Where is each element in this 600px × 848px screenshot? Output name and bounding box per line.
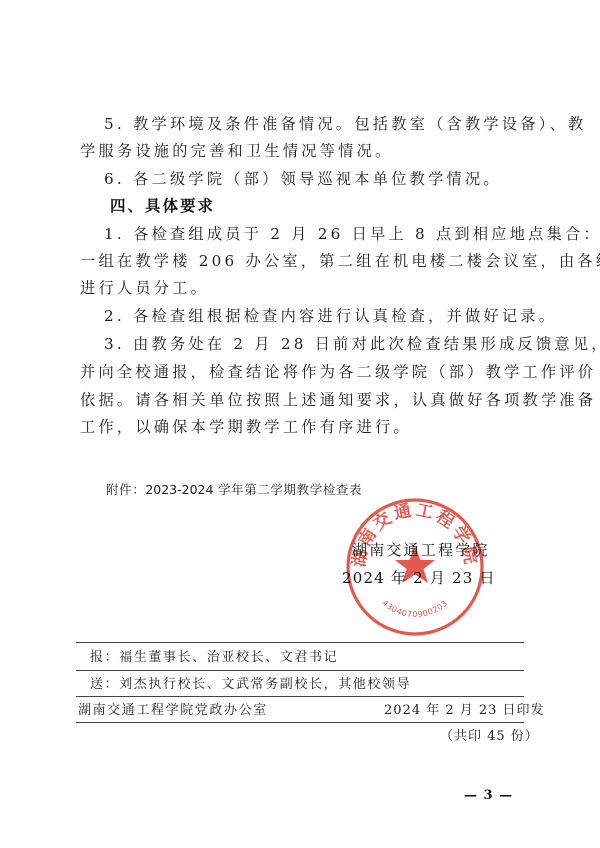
requirement-3-line-3: 依据。请各相关单位按照上述通知要求，认真做好各项教学准备 (80, 390, 596, 410)
item-5-line-2: 学服务设施的完善和卫生情况等情况。 (80, 141, 393, 161)
requirement-3-line-4: 工作，以确保本学期教学工作有序进行。 (80, 417, 412, 437)
divider-bottom (76, 722, 524, 723)
requirement-1-line-3: 进行人员分工。 (80, 278, 209, 298)
issuer: 湖南交通工程学院党政办公室 (78, 702, 268, 720)
document-page: 5. 教学环境及条件准备情况。包括教室（含教学设备）、教 学服务设施的完善和卫生… (0, 0, 600, 848)
requirement-1-line-2: 一组在教学楼 206 办公室，第二组在机电楼二楼会议室，由各组 (80, 251, 600, 271)
signature-organization: 湖南交通工程学院 (352, 540, 490, 560)
requirement-3-line-2: 并向全校通报，检查结论将作为各二级学院（部）教学工作评价 (80, 362, 596, 382)
item-5-line-1: 5. 教学环境及条件准备情况。包括教室（含教学设备）、教 (104, 114, 586, 134)
divider-top (76, 642, 524, 643)
stamp-code: 4304070900203 (381, 598, 450, 619)
attachment-label: 附件： (106, 482, 145, 497)
signature-date: 2024 年 2 月 23 日 (342, 568, 496, 588)
page-number: — 3 — (464, 788, 513, 803)
official-seal-icon: 湖南交通工程学院 4304070900203 (344, 496, 486, 638)
send-to: 送：刘杰执行校长、文武常务副校长，其他校领导 (90, 676, 411, 694)
divider-2 (76, 696, 524, 697)
attachment-year-range: 2023-2024 (145, 482, 213, 497)
section-heading: 四、具体要求 (110, 196, 215, 216)
requirement-1-line-1: 1. 各检查组成员于 2 月 26 日早上 8 点到相应地点集合：第 (104, 224, 600, 244)
requirement-2-line-1: 2. 各检查组根据检查内容进行认真检查，并做好记录。 (104, 306, 557, 326)
item-6-line-1: 6. 各二级学院（部）领导巡视本单位教学情况。 (104, 169, 502, 189)
divider-1 (76, 670, 524, 671)
report-to: 报：福生董事长、治亚校长、文君书记 (90, 649, 338, 667)
attachment-line[interactable]: 附件：2023-2024 学年第二学期教学检查表 (106, 481, 362, 499)
attachment-title: 学年第二学期教学检查表 (213, 482, 362, 497)
issue-date: 2024 年 2 月 23 日印发 (384, 702, 545, 720)
copies-count: （共印 45 份） (440, 728, 539, 746)
svg-text:4304070900203: 4304070900203 (381, 598, 450, 619)
requirement-3-line-1: 3. 由教务处在 2 月 28 日前对此次检查结果形成反馈意见， (104, 334, 600, 354)
